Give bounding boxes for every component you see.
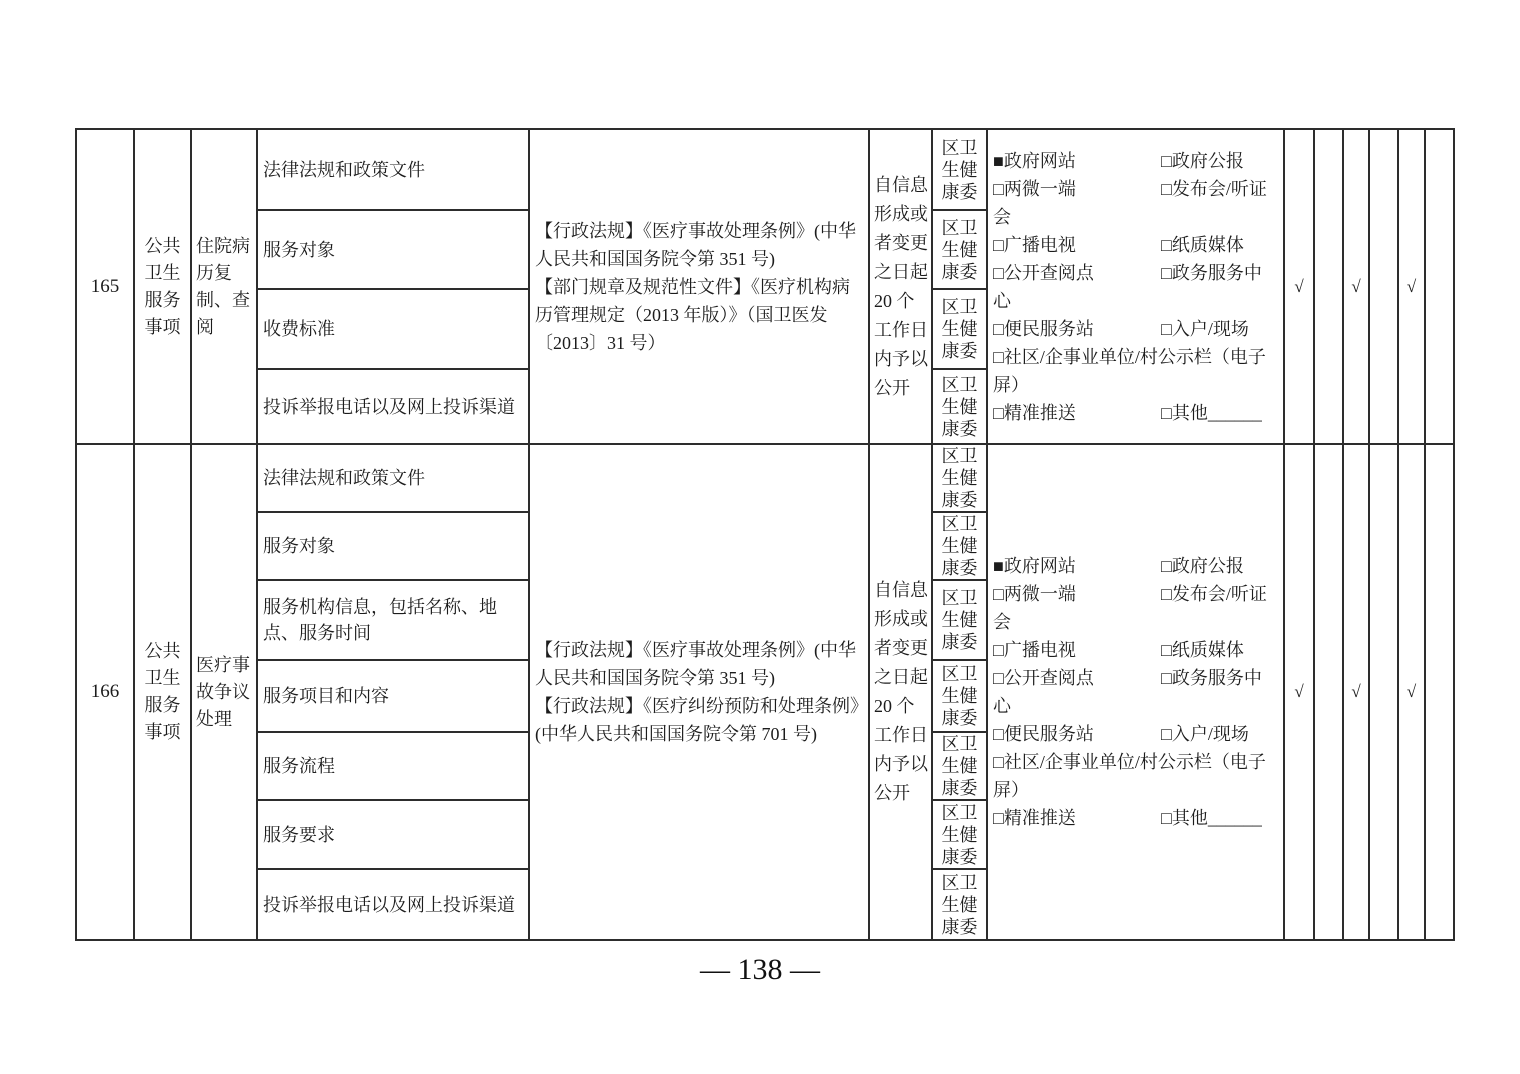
check-cell: √ bbox=[1398, 129, 1425, 444]
channel-line: □精准推送□其他______ bbox=[993, 804, 1283, 832]
channel-option: 会 bbox=[993, 612, 1011, 632]
channel-option: □公开查阅点 bbox=[993, 259, 1161, 287]
channel-option: 心 bbox=[993, 291, 1011, 311]
channel-option: □政务服务中 bbox=[1161, 263, 1262, 283]
channel-line-wrap: 屏） bbox=[993, 371, 1283, 399]
channel-list: ■政府网站□政府公报 □两微一端□发布会/听证 会 □广播电视□纸质媒体 □公开… bbox=[993, 147, 1283, 427]
channel-option: □政府公报 bbox=[1161, 556, 1244, 576]
channel-line-wrap: 会 bbox=[993, 203, 1283, 231]
channel-option: □广播电视 bbox=[993, 231, 1161, 259]
channel-option: □入户/现场 bbox=[1161, 724, 1249, 744]
check-cell bbox=[1369, 444, 1398, 940]
page-number: — 138 — bbox=[0, 950, 1520, 990]
channel-option: □其他______ bbox=[1161, 808, 1262, 828]
channel-option: □政务服务中 bbox=[1161, 668, 1262, 688]
channels-cell: ■政府网站□政府公报 □两微一端□发布会/听证 会 □广播电视□纸质媒体 □公开… bbox=[987, 129, 1284, 444]
channel-option: □公开查阅点 bbox=[993, 664, 1161, 692]
sub-item-cell: 服务项目和内容 bbox=[257, 660, 529, 732]
legal-basis-text: 【行政法规】《医疗纠纷预防和处理条例》(中华人民共和国国务院令第 701 号) bbox=[535, 692, 866, 748]
sub-item-cell: 服务机构信息，包括名称、地点、服务时间 bbox=[257, 580, 529, 660]
channel-option: □发布会/听证 bbox=[1161, 584, 1267, 604]
responsible-unit-cell: 区卫生健康委 bbox=[932, 444, 987, 512]
check-cell: √ bbox=[1398, 444, 1425, 940]
channel-option: □纸质媒体 bbox=[1161, 235, 1244, 255]
channel-option: 心 bbox=[993, 696, 1011, 716]
responsible-unit-cell: 区卫生健康委 bbox=[932, 869, 987, 940]
responsible-unit-cell: 区卫生健康委 bbox=[932, 800, 987, 869]
sub-item-cell: 法律法规和政策文件 bbox=[257, 444, 529, 512]
table-row: 165 公共卫生服务事项 住院病历复制、查阅 法律法规和政策文件 【行政法规】《… bbox=[76, 129, 1454, 210]
item-name-cell: 医疗事故争议处理 bbox=[191, 444, 257, 940]
channel-line: □两微一端□发布会/听证 bbox=[993, 175, 1283, 203]
channel-option: 会 bbox=[993, 207, 1011, 227]
channels-cell: ■政府网站□政府公报 □两微一端□发布会/听证 会 □广播电视□纸质媒体 □公开… bbox=[987, 444, 1284, 940]
timing-cell: 自信息形成或者变更之日起20 个工作日内予以公开 bbox=[869, 444, 932, 940]
sub-item-cell: 投诉举报电话以及网上投诉渠道 bbox=[257, 869, 529, 940]
channel-option: □精准推送 bbox=[993, 804, 1161, 832]
sub-item-cell: 投诉举报电话以及网上投诉渠道 bbox=[257, 369, 529, 444]
item-name-cell: 住院病历复制、查阅 bbox=[191, 129, 257, 444]
channel-option: □两微一端 bbox=[993, 175, 1161, 203]
channel-option: □纸质媒体 bbox=[1161, 640, 1244, 660]
document-page: 165 公共卫生服务事项 住院病历复制、查阅 法律法规和政策文件 【行政法规】《… bbox=[0, 0, 1520, 1074]
responsible-unit-cell: 区卫生健康委 bbox=[932, 660, 987, 732]
channel-list: ■政府网站□政府公报 □两微一端□发布会/听证 会 □广播电视□纸质媒体 □公开… bbox=[993, 552, 1283, 832]
sub-item-cell: 服务流程 bbox=[257, 732, 529, 800]
channel-line: □社区/企事业单位/村公示栏（电子 bbox=[993, 343, 1283, 371]
legal-basis-text: 【行政法规】《医疗事故处理条例》(中华人民共和国国务院令第 351 号) bbox=[535, 217, 866, 273]
channel-option: 屏） bbox=[993, 375, 1029, 395]
legal-basis-cell: 【行政法规】《医疗事故处理条例》(中华人民共和国国务院令第 351 号) 【部门… bbox=[529, 129, 869, 444]
check-cell: √ bbox=[1343, 129, 1369, 444]
channel-option: □其他______ bbox=[1161, 403, 1262, 423]
channel-option: □发布会/听证 bbox=[1161, 179, 1267, 199]
check-cell bbox=[1314, 444, 1343, 940]
channel-line-wrap: 心 bbox=[993, 287, 1283, 315]
responsible-unit-cell: 区卫生健康委 bbox=[932, 512, 987, 580]
table-row: 166 公共卫生服务事项 医疗事故争议处理 法律法规和政策文件 【行政法规】《医… bbox=[76, 444, 1454, 512]
channel-option: □便民服务站 bbox=[993, 315, 1161, 343]
timing-cell: 自信息形成或者变更之日起20 个工作日内予以公开 bbox=[869, 129, 932, 444]
channel-line: □便民服务站□入户/现场 bbox=[993, 720, 1283, 748]
channel-line: □公开查阅点□政务服务中 bbox=[993, 259, 1283, 287]
disclosure-table: 165 公共卫生服务事项 住院病历复制、查阅 法律法规和政策文件 【行政法规】《… bbox=[75, 128, 1455, 941]
channel-option: 屏） bbox=[993, 780, 1029, 800]
responsible-unit-cell: 区卫生健康委 bbox=[932, 289, 987, 369]
row-number-cell: 166 bbox=[76, 444, 134, 940]
channel-line: □两微一端□发布会/听证 bbox=[993, 580, 1283, 608]
channel-line: □广播电视□纸质媒体 bbox=[993, 231, 1283, 259]
channel-option: □政府公报 bbox=[1161, 151, 1244, 171]
channel-line-wrap: 会 bbox=[993, 608, 1283, 636]
channel-line: □社区/企事业单位/村公示栏（电子 bbox=[993, 748, 1283, 776]
channel-option: ■政府网站 bbox=[993, 552, 1161, 580]
channel-line-wrap: 心 bbox=[993, 692, 1283, 720]
channel-line-wrap: 屏） bbox=[993, 776, 1283, 804]
responsible-unit-cell: 区卫生健康委 bbox=[932, 129, 987, 210]
responsible-unit-cell: 区卫生健康委 bbox=[932, 210, 987, 289]
channel-option: □便民服务站 bbox=[993, 720, 1161, 748]
check-cell: √ bbox=[1284, 129, 1314, 444]
check-cell bbox=[1369, 129, 1398, 444]
check-cell bbox=[1425, 444, 1454, 940]
channel-line: □便民服务站□入户/现场 bbox=[993, 315, 1283, 343]
channel-option: □精准推送 bbox=[993, 399, 1161, 427]
check-cell bbox=[1314, 129, 1343, 444]
channel-line: ■政府网站□政府公报 bbox=[993, 147, 1283, 175]
row-number-cell: 165 bbox=[76, 129, 134, 444]
sub-item-cell: 收费标准 bbox=[257, 289, 529, 369]
channel-line: ■政府网站□政府公报 bbox=[993, 552, 1283, 580]
channel-option: □入户/现场 bbox=[1161, 319, 1249, 339]
channel-line: □公开查阅点□政务服务中 bbox=[993, 664, 1283, 692]
channel-option: □广播电视 bbox=[993, 636, 1161, 664]
sub-item-cell: 服务对象 bbox=[257, 512, 529, 580]
channel-option: ■政府网站 bbox=[993, 147, 1161, 175]
responsible-unit-cell: 区卫生健康委 bbox=[932, 580, 987, 660]
legal-basis-text: 【部门规章及规范性文件】《医疗机构病历管理规定（2013 年版）》（国卫医发〔2… bbox=[535, 273, 866, 357]
category-cell: 公共卫生服务事项 bbox=[134, 444, 191, 940]
channel-line: □广播电视□纸质媒体 bbox=[993, 636, 1283, 664]
check-cell: √ bbox=[1343, 444, 1369, 940]
channel-option: □两微一端 bbox=[993, 580, 1161, 608]
channel-option: □社区/企事业单位/村公示栏（电子 bbox=[993, 752, 1266, 772]
channel-line: □精准推送□其他______ bbox=[993, 399, 1283, 427]
sub-item-cell: 法律法规和政策文件 bbox=[257, 129, 529, 210]
responsible-unit-cell: 区卫生健康委 bbox=[932, 732, 987, 800]
legal-basis-cell: 【行政法规】《医疗事故处理条例》(中华人民共和国国务院令第 351 号) 【行政… bbox=[529, 444, 869, 940]
category-cell: 公共卫生服务事项 bbox=[134, 129, 191, 444]
check-cell bbox=[1425, 129, 1454, 444]
channel-option: □社区/企事业单位/村公示栏（电子 bbox=[993, 347, 1266, 367]
sub-item-cell: 服务对象 bbox=[257, 210, 529, 289]
responsible-unit-cell: 区卫生健康委 bbox=[932, 369, 987, 444]
legal-basis-text: 【行政法规】《医疗事故处理条例》(中华人民共和国国务院令第 351 号) bbox=[535, 636, 866, 692]
check-cell: √ bbox=[1284, 444, 1314, 940]
sub-item-cell: 服务要求 bbox=[257, 800, 529, 869]
